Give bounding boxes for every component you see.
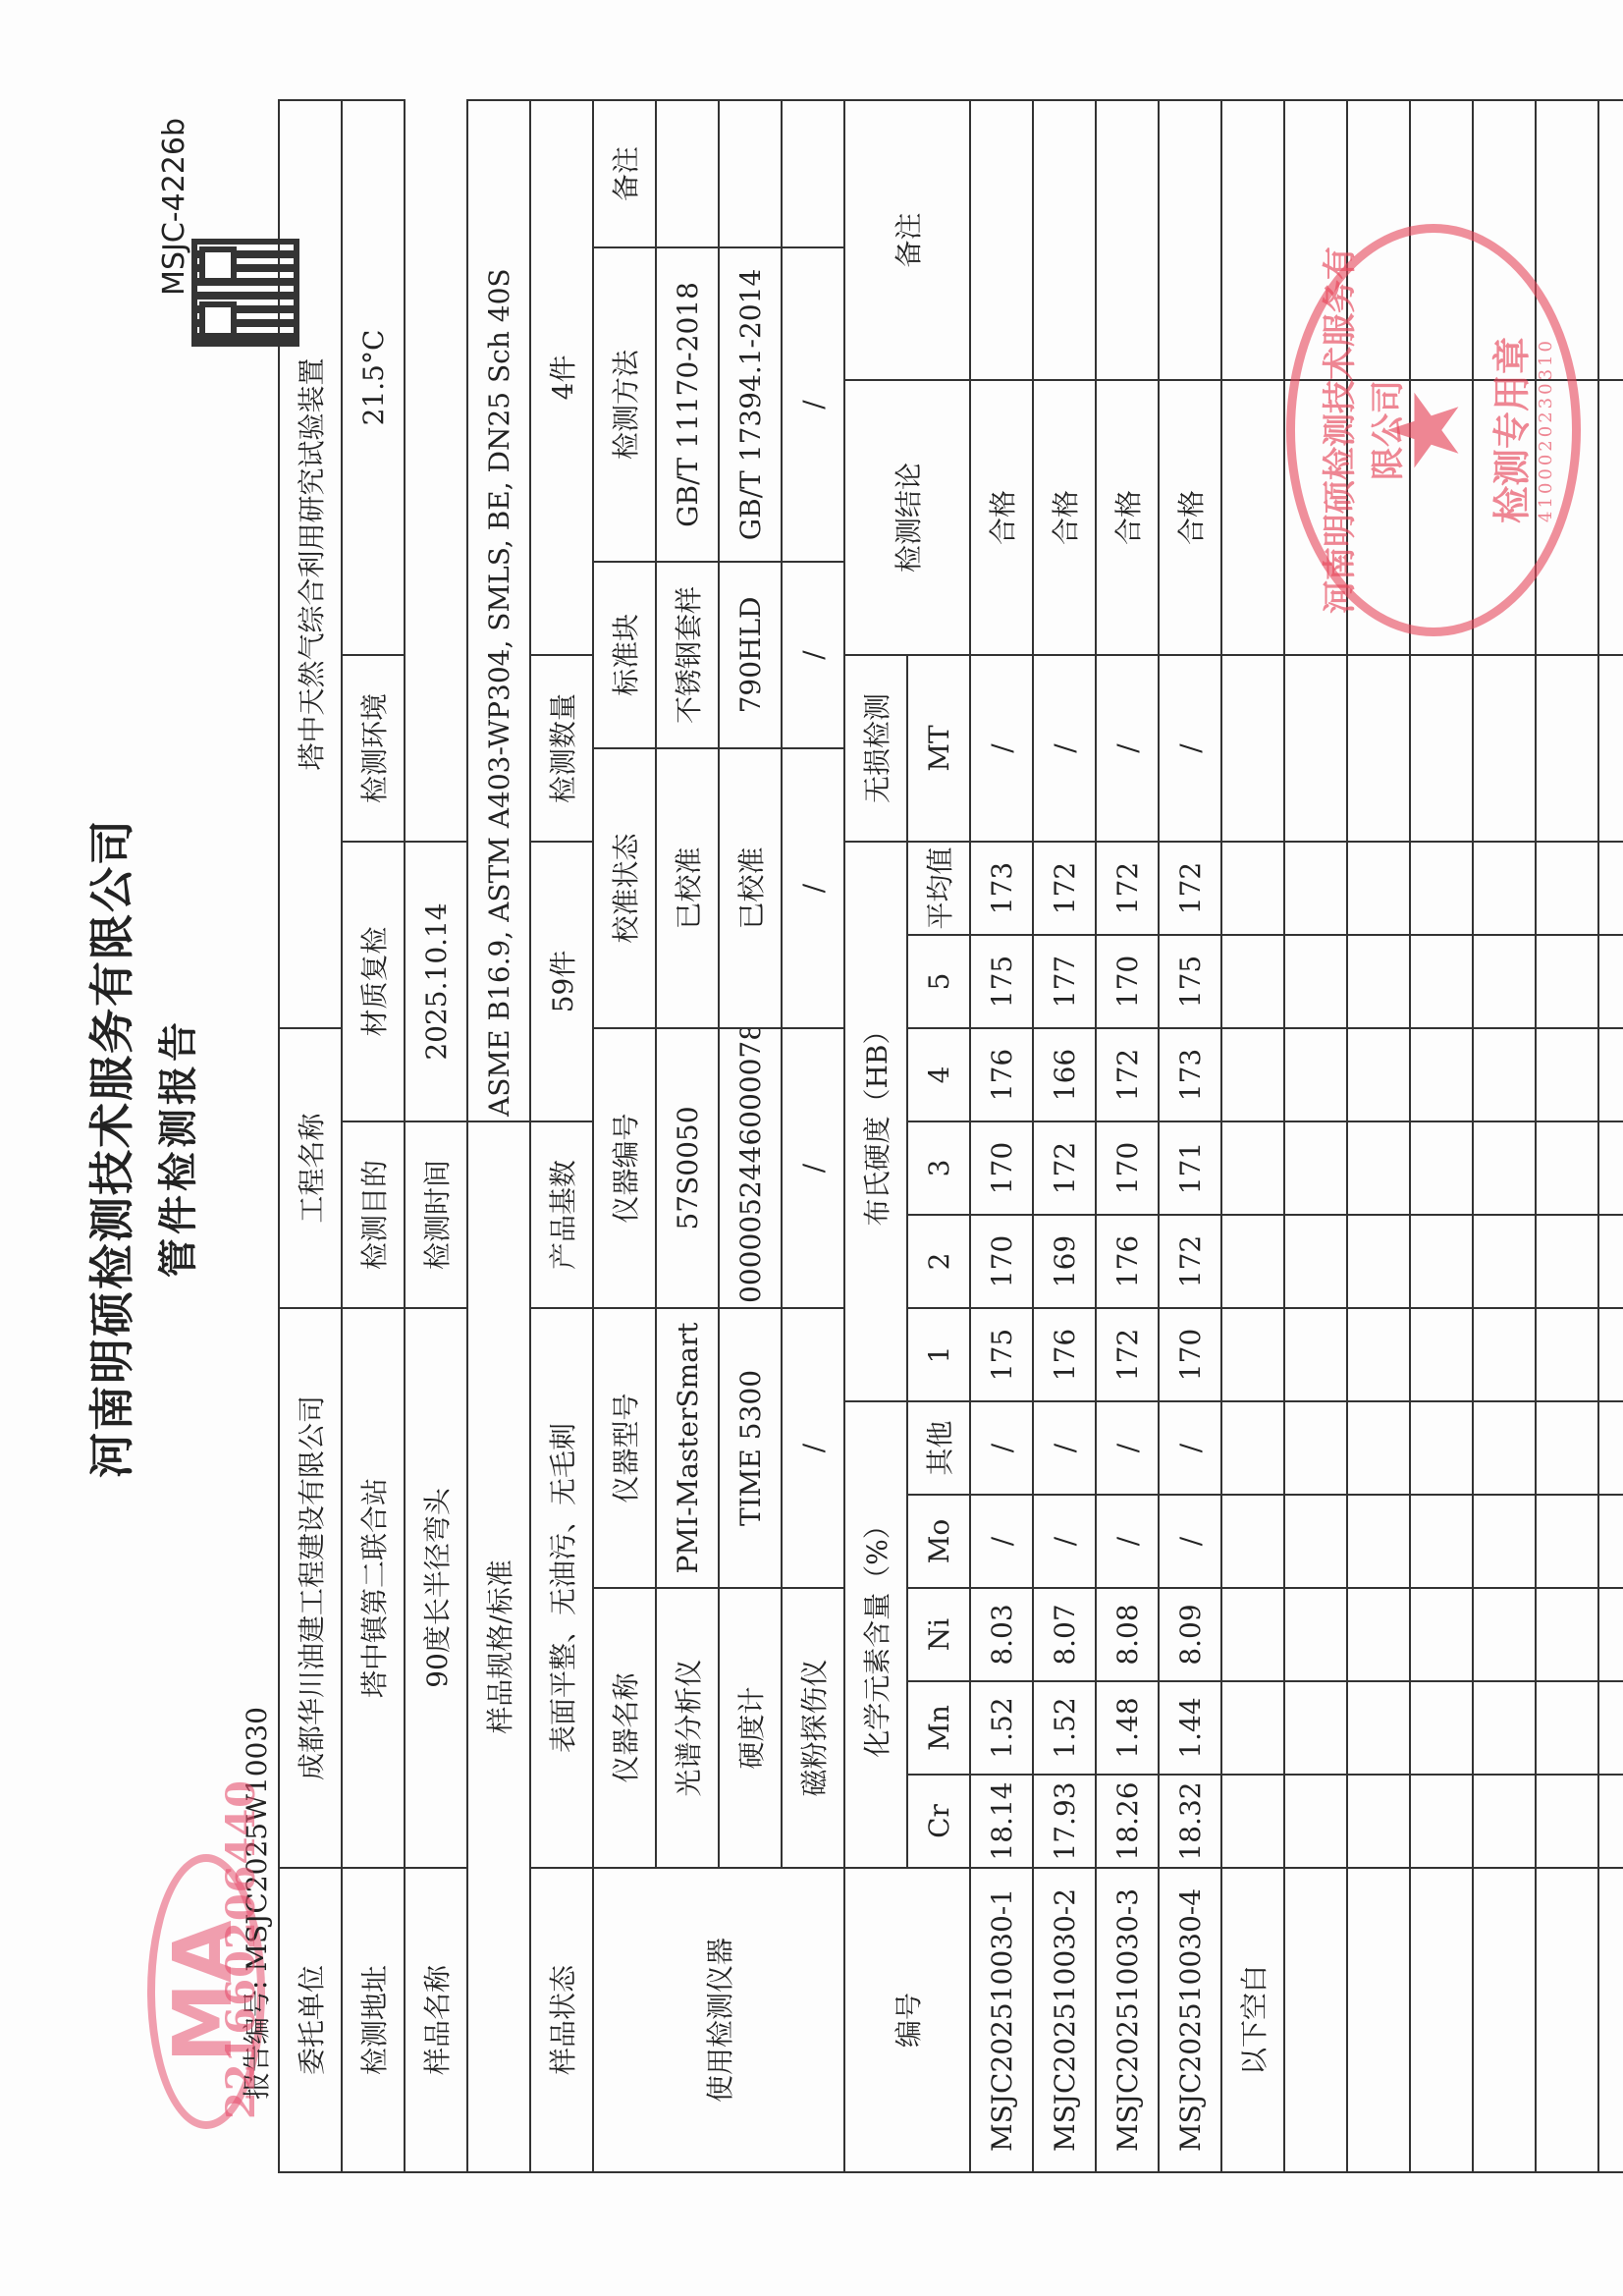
empty-cell xyxy=(1598,655,1623,842)
empty-cell xyxy=(1347,1495,1410,1588)
empty-cell xyxy=(1347,1121,1410,1215)
chem-value: / xyxy=(970,1401,1033,1495)
env-label: 检测环境 xyxy=(342,655,405,842)
chem-header: 化学元素含量（%） xyxy=(844,1401,907,1868)
instrument-cell: / xyxy=(782,1308,844,1588)
table-row: 委托单位成都华川油建工程建设有限公司工程名称塔中天然气综合利用研究试验装置 xyxy=(279,100,342,2172)
instrument-cell: 0000052446000078 xyxy=(719,1028,782,1308)
hb-value: 172 xyxy=(1159,1215,1221,1308)
empty-cell xyxy=(1221,1588,1284,1681)
test-time-label: 检测时间 xyxy=(405,1121,467,1308)
hb-value: 170 xyxy=(970,1121,1033,1215)
table-row: MSJC202510030-318.261.488.08//1721761701… xyxy=(1096,100,1159,2172)
blank-note: 以下空白 xyxy=(1221,1868,1284,2172)
empty-cell xyxy=(1221,1401,1284,1495)
hb-value: 170 xyxy=(1159,1308,1221,1401)
chem-col-Cr: Cr xyxy=(907,1775,970,1868)
remark-value xyxy=(970,100,1033,380)
chem-col-Ni: Ni xyxy=(907,1588,970,1681)
conclusion-value: 合格 xyxy=(970,380,1033,655)
empty-cell xyxy=(1410,1215,1473,1308)
empty-cell xyxy=(1347,1308,1410,1401)
client-value: 成都华川油建工程建设有限公司 xyxy=(279,1308,342,1868)
empty-cell xyxy=(1536,935,1598,1028)
cma-cert-number: 221660206440 xyxy=(218,1779,264,2119)
instrument-cell: / xyxy=(782,748,844,1028)
chem-value: 17.93 xyxy=(1033,1775,1096,1868)
conclusion-value: 合格 xyxy=(1033,380,1096,655)
instrument-header-3: 校准状态 xyxy=(593,748,656,1028)
test-qty-value: 4件 xyxy=(530,100,593,655)
empty-cell xyxy=(1598,1308,1623,1401)
empty-cell xyxy=(1347,1868,1410,2172)
instrument-cell xyxy=(656,100,719,247)
empty-cell xyxy=(1221,1308,1284,1401)
hb-value: 176 xyxy=(1033,1308,1096,1401)
spec-label: 样品规格/标准 xyxy=(467,1121,530,2172)
base-qty-value: 59件 xyxy=(530,842,593,1121)
empty-cell xyxy=(1598,100,1623,380)
empty-cell xyxy=(1473,655,1536,842)
table-row: 样品名称90度长半径弯头检测时间2025.10.14 xyxy=(405,100,467,2172)
empty-cell xyxy=(1284,1681,1347,1775)
site-value: 塔中镇第二联合站 xyxy=(342,1308,405,1868)
spec-value: ASME B16.9, ASTM A403-WP304, SMLS, BE, D… xyxy=(467,100,530,1121)
empty-cell xyxy=(1473,935,1536,1028)
sample-state-label: 样品状态 xyxy=(530,1868,593,2172)
instrument-cell: GB/T 17394.1-2014 xyxy=(719,247,782,562)
conclusion-value: 合格 xyxy=(1159,380,1221,655)
hb-value: 172 xyxy=(1159,842,1221,935)
empty-cell xyxy=(1598,1681,1623,1775)
empty-cell xyxy=(1536,1028,1598,1121)
chem-value: 18.32 xyxy=(1159,1775,1221,1868)
table-row: 编号化学元素含量（%）布氏硬度（HB）无损检测检测结论备注 xyxy=(844,100,907,2172)
empty-cell xyxy=(1410,1121,1473,1215)
hb-value: 172 xyxy=(1033,1121,1096,1215)
instrument-cell: 已校准 xyxy=(719,748,782,1028)
empty-cell xyxy=(1536,1495,1598,1588)
empty-cell xyxy=(1347,935,1410,1028)
star-icon: ★ xyxy=(1376,233,1474,628)
instrument-header-2: 仪器编号 xyxy=(593,1028,656,1308)
empty-cell xyxy=(1284,1495,1347,1588)
table-row: MSJC202510030-418.321.448.09//1701721711… xyxy=(1159,100,1221,2172)
empty-cell xyxy=(1284,1215,1347,1308)
empty-cell xyxy=(1473,842,1536,935)
chem-value: / xyxy=(1159,1495,1221,1588)
empty-cell xyxy=(1221,380,1284,655)
sample-name-value: 90度长半径弯头 xyxy=(405,1308,467,1868)
instrument-cell: / xyxy=(782,247,844,562)
chem-value: / xyxy=(1033,1495,1096,1588)
empty-cell xyxy=(1473,1775,1536,1868)
empty-cell xyxy=(1347,1401,1410,1495)
report-page: MA 河南明硕检测技术服务有限公司 管件检测报告 MSJC-4226b 报告编号… xyxy=(0,0,1623,2296)
hb-value: 173 xyxy=(970,842,1033,935)
instrument-cell: 57S0050 xyxy=(656,1028,719,1308)
empty-cell xyxy=(1473,1121,1536,1215)
empty-cell xyxy=(1221,1495,1284,1588)
empty-cell xyxy=(1473,1028,1536,1121)
project-label: 工程名称 xyxy=(279,1028,342,1308)
chem-value: 8.08 xyxy=(1096,1588,1159,1681)
seal-code: 4100020230310 xyxy=(1536,233,1556,628)
hb-col: 4 xyxy=(907,1028,970,1121)
table-row: MSJC202510030-217.931.528.07//1761691721… xyxy=(1033,100,1096,2172)
table-row: 光谱分析仪PMI-MasterSmart57S0050已校准不锈钢套样GB/T … xyxy=(656,100,719,2172)
hb-value: 175 xyxy=(970,935,1033,1028)
empty-cell xyxy=(1536,1121,1598,1215)
table-row: 检测地址塔中镇第二联合站检测目的材质复检检测环境21.5°C xyxy=(342,100,405,2172)
instrument-cell: GB/T 11170-2018 xyxy=(656,247,719,562)
instruments-label: 使用检测仪器 xyxy=(593,1868,844,2172)
empty-cell xyxy=(1598,1588,1623,1681)
sample-name-label: 样品名称 xyxy=(405,1868,467,2172)
empty-cell xyxy=(1598,1401,1623,1495)
empty-cell xyxy=(1536,1308,1598,1401)
empty-cell xyxy=(1284,1401,1347,1495)
hb-value: 171 xyxy=(1159,1121,1221,1215)
hb-col: 平均值 xyxy=(907,842,970,935)
instrument-cell: 790HLD xyxy=(719,562,782,748)
test-time-value: 2025.10.14 xyxy=(405,842,467,1121)
table-row: 以下空白 xyxy=(1221,100,1284,2172)
empty-cell xyxy=(1284,935,1347,1028)
hb-value: 172 xyxy=(1033,842,1096,935)
empty-cell xyxy=(1347,842,1410,935)
chem-value: 18.26 xyxy=(1096,1775,1159,1868)
table-row: 样品状态表面平整、无油污、无毛刺产品基数59件检测数量4件 xyxy=(530,100,593,2172)
empty-cell xyxy=(1598,1495,1623,1588)
empty-cell xyxy=(1473,1681,1536,1775)
table-row: 样品规格/标准ASME B16.9, ASTM A403-WP304, SMLS… xyxy=(467,100,530,2172)
test-qty-label: 检测数量 xyxy=(530,655,593,842)
empty-cell xyxy=(1536,1775,1598,1868)
chem-col-Mo: Mo xyxy=(907,1495,970,1588)
hb-value: 175 xyxy=(1159,935,1221,1028)
hb-value: 173 xyxy=(1159,1028,1221,1121)
sample-id: MSJC202510030-3 xyxy=(1096,1868,1159,2172)
empty-cell xyxy=(1221,1121,1284,1215)
purpose-label: 检测目的 xyxy=(342,1121,405,1308)
form-number: MSJC-4226b xyxy=(157,118,191,296)
empty-cell xyxy=(1347,655,1410,842)
remark-value xyxy=(1033,100,1096,380)
empty-cell xyxy=(1284,1308,1347,1401)
remark-value xyxy=(1096,100,1159,380)
purpose-value: 材质复检 xyxy=(342,842,405,1121)
empty-cell xyxy=(1284,655,1347,842)
hb-value: 166 xyxy=(1033,1028,1096,1121)
empty-cell xyxy=(1284,1028,1347,1121)
remark-header: 备注 xyxy=(844,100,970,380)
empty-cell xyxy=(1221,1215,1284,1308)
instrument-cell: 不锈钢套样 xyxy=(656,562,719,748)
mt-col: MT xyxy=(907,655,970,842)
instrument-header-4: 标准块 xyxy=(593,562,656,748)
mt-value: / xyxy=(1096,655,1159,842)
empty-cell xyxy=(1410,1028,1473,1121)
empty-cell xyxy=(1536,1681,1598,1775)
hb-value: 169 xyxy=(1033,1215,1096,1308)
sample-state-value: 表面平整、无油污、无毛刺 xyxy=(530,1308,593,1868)
empty-cell xyxy=(1221,842,1284,935)
empty-cell xyxy=(1410,1588,1473,1681)
empty-cell xyxy=(1410,1681,1473,1775)
empty-cell xyxy=(1284,1868,1347,2172)
empty-cell xyxy=(1473,1495,1536,1588)
chem-value: / xyxy=(1033,1401,1096,1495)
conclusion-header: 检测结论 xyxy=(844,380,970,655)
empty-cell xyxy=(1536,1401,1598,1495)
empty-cell xyxy=(1410,1401,1473,1495)
instrument-cell: / xyxy=(782,562,844,748)
empty-cell xyxy=(1598,935,1623,1028)
mt-value: / xyxy=(970,655,1033,842)
empty-cell xyxy=(1473,1308,1536,1401)
client-label: 委托单位 xyxy=(279,1868,342,2172)
empty-cell xyxy=(1221,655,1284,842)
instrument-header-0: 仪器名称 xyxy=(593,1588,656,1868)
table-row xyxy=(1598,100,1623,2172)
hb-col: 3 xyxy=(907,1121,970,1215)
sample-id: MSJC202510030-2 xyxy=(1033,1868,1096,2172)
empty-cell xyxy=(1284,1588,1347,1681)
instrument-cell: 光谱分析仪 xyxy=(656,1588,719,1868)
hb-value: 172 xyxy=(1096,1308,1159,1401)
hb-value: 176 xyxy=(970,1028,1033,1121)
empty-cell xyxy=(1221,935,1284,1028)
project-value: 塔中天然气综合利用研究试验装置 xyxy=(279,100,342,1028)
hb-value: 172 xyxy=(1096,1028,1159,1121)
empty-cell xyxy=(1347,1028,1410,1121)
empty-cell xyxy=(1347,1775,1410,1868)
sample-id: MSJC202510030-1 xyxy=(970,1868,1033,2172)
empty-cell xyxy=(1347,1588,1410,1681)
company-name: 河南明硕检测技术服务有限公司 xyxy=(77,0,141,2296)
hb-value: 177 xyxy=(1033,935,1096,1028)
id-header: 编号 xyxy=(844,1868,970,2172)
hb-value: 176 xyxy=(1096,1215,1159,1308)
empty-cell xyxy=(1221,100,1284,380)
hb-value: 170 xyxy=(970,1215,1033,1308)
chem-value: / xyxy=(970,1495,1033,1588)
table-row: MSJC202510030-118.141.528.03//1751701701… xyxy=(970,100,1033,2172)
remark-value xyxy=(1159,100,1221,380)
inspection-seal: 河南明硕检测技术服务有限公司 ★ 检测专用章 4100020230310 xyxy=(1286,224,1581,636)
instrument-cell: PMI-MasterSmart xyxy=(656,1308,719,1588)
instrument-cell: / xyxy=(782,1028,844,1308)
chem-col-其他: 其他 xyxy=(907,1401,970,1495)
mt-value: / xyxy=(1033,655,1096,842)
empty-cell xyxy=(1347,1215,1410,1308)
chem-value: / xyxy=(1096,1401,1159,1495)
empty-cell xyxy=(1410,935,1473,1028)
instrument-header-5: 检测方法 xyxy=(593,247,656,562)
chem-value: 1.52 xyxy=(1033,1681,1096,1775)
instrument-cell: 磁粉探伤仪 xyxy=(782,1588,844,1868)
empty-cell xyxy=(1473,1588,1536,1681)
empty-cell xyxy=(1536,1215,1598,1308)
empty-cell xyxy=(1598,380,1623,655)
instrument-header-1: 仪器型号 xyxy=(593,1308,656,1588)
chem-value: 8.09 xyxy=(1159,1588,1221,1681)
empty-cell xyxy=(1410,1868,1473,2172)
chem-value: / xyxy=(1096,1495,1159,1588)
instrument-cell xyxy=(719,100,782,247)
hb-value: 172 xyxy=(1096,842,1159,935)
empty-cell xyxy=(1598,1775,1623,1868)
empty-cell xyxy=(1410,1495,1473,1588)
chem-value: 8.07 xyxy=(1033,1588,1096,1681)
chem-value: 1.52 xyxy=(970,1681,1033,1775)
mt-value: / xyxy=(1159,655,1221,842)
chem-value: 1.44 xyxy=(1159,1681,1221,1775)
ndt-header: 无损检测 xyxy=(844,655,907,842)
empty-cell xyxy=(1284,842,1347,935)
env-value: 21.5°C xyxy=(342,100,405,655)
instrument-cell: 硬度计 xyxy=(719,1588,782,1868)
instrument-cell: TIME 5300 xyxy=(719,1308,782,1588)
empty-cell xyxy=(1473,1401,1536,1495)
chem-col-Mn: Mn xyxy=(907,1681,970,1775)
instrument-cell xyxy=(782,100,844,247)
hb-value: 175 xyxy=(970,1308,1033,1401)
table-row: 磁粉探伤仪///// xyxy=(782,100,844,2172)
empty-cell xyxy=(1598,1121,1623,1215)
empty-cell xyxy=(1284,1775,1347,1868)
hb-col: 2 xyxy=(907,1215,970,1308)
chem-value: 8.03 xyxy=(970,1588,1033,1681)
empty-cell xyxy=(1473,1215,1536,1308)
empty-cell xyxy=(1598,1028,1623,1121)
empty-cell xyxy=(1536,1868,1598,2172)
chem-value: 1.48 xyxy=(1096,1681,1159,1775)
empty-cell xyxy=(1284,1121,1347,1215)
empty-cell xyxy=(1536,842,1598,935)
hb-value: 170 xyxy=(1096,935,1159,1028)
empty-cell xyxy=(1598,1868,1623,2172)
empty-cell xyxy=(1598,1215,1623,1308)
empty-cell xyxy=(1536,655,1598,842)
site-label: 检测地址 xyxy=(342,1868,405,2172)
sample-id: MSJC202510030-4 xyxy=(1159,1868,1221,2172)
table-row: 硬度计TIME 53000000052446000078已校准790HLDGB/… xyxy=(719,100,782,2172)
base-qty-label: 产品基数 xyxy=(530,1121,593,1308)
empty-cell xyxy=(1221,1028,1284,1121)
empty-cell xyxy=(1410,1308,1473,1401)
empty-cell xyxy=(1221,1681,1284,1775)
hb-col: 1 xyxy=(907,1308,970,1401)
hb-header: 布氏硬度（HB） xyxy=(844,842,907,1401)
table-row: 使用检测仪器仪器名称仪器型号仪器编号校准状态标准块检测方法备注 xyxy=(593,100,656,2172)
empty-cell xyxy=(1410,655,1473,842)
empty-cell xyxy=(1410,842,1473,935)
empty-cell xyxy=(1410,1775,1473,1868)
empty-cell xyxy=(1347,1681,1410,1775)
hb-col: 5 xyxy=(907,935,970,1028)
chem-value: 18.14 xyxy=(970,1775,1033,1868)
conclusion-value: 合格 xyxy=(1096,380,1159,655)
empty-cell xyxy=(1221,1775,1284,1868)
empty-cell xyxy=(1598,842,1623,935)
instrument-cell: 已校准 xyxy=(656,748,719,1028)
empty-cell xyxy=(1473,1868,1536,2172)
seal-purpose: 检测专用章 xyxy=(1482,233,1536,628)
chem-value: / xyxy=(1159,1401,1221,1495)
instrument-header-6: 备注 xyxy=(593,100,656,247)
empty-cell xyxy=(1536,1588,1598,1681)
hb-value: 170 xyxy=(1096,1121,1159,1215)
